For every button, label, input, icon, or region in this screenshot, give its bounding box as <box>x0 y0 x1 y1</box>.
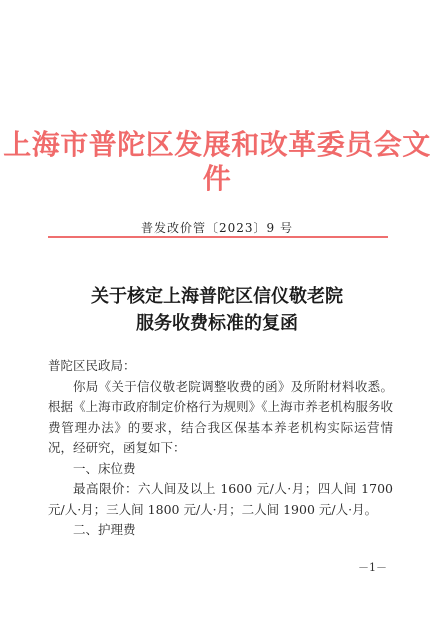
red-divider-line <box>48 236 388 238</box>
section-heading-nursing-fee: 二、护理费 <box>48 520 393 541</box>
document-body: 普陀区民政局： 你局《关于信仪敬老院调整收费的函》及所附材料收悉。根据《上海市政… <box>48 356 393 541</box>
body-paragraph-1: 你局《关于信仪敬老院调整收费的函》及所附材料收悉。根据《上海市政府制定价格行为规… <box>48 377 393 459</box>
salutation: 普陀区民政局： <box>48 356 393 377</box>
document-page: 上海市普陀区发展和改革委员会文件 普发改价管〔2023〕9 号 关于核定上海普陀… <box>0 0 434 621</box>
document-number: 普发改价管〔2023〕9 号 <box>0 220 434 236</box>
document-title: 关于核定上海普陀区信仪敬老院 服务收费标准的复函 <box>0 283 434 337</box>
masthead-title: 上海市普陀区发展和改革委员会文件 <box>0 128 434 196</box>
page-number: －1－ <box>358 561 387 575</box>
section-heading-bed-fee: 一、床位费 <box>48 459 393 480</box>
document-title-line-2: 服务收费标准的复函 <box>0 310 434 337</box>
document-title-line-1: 关于核定上海普陀区信仪敬老院 <box>0 283 434 310</box>
section-content-bed-fee: 最高限价：六人间及以上 1600 元/人·月；四人间 1700 元/人·月；三人… <box>48 479 393 520</box>
